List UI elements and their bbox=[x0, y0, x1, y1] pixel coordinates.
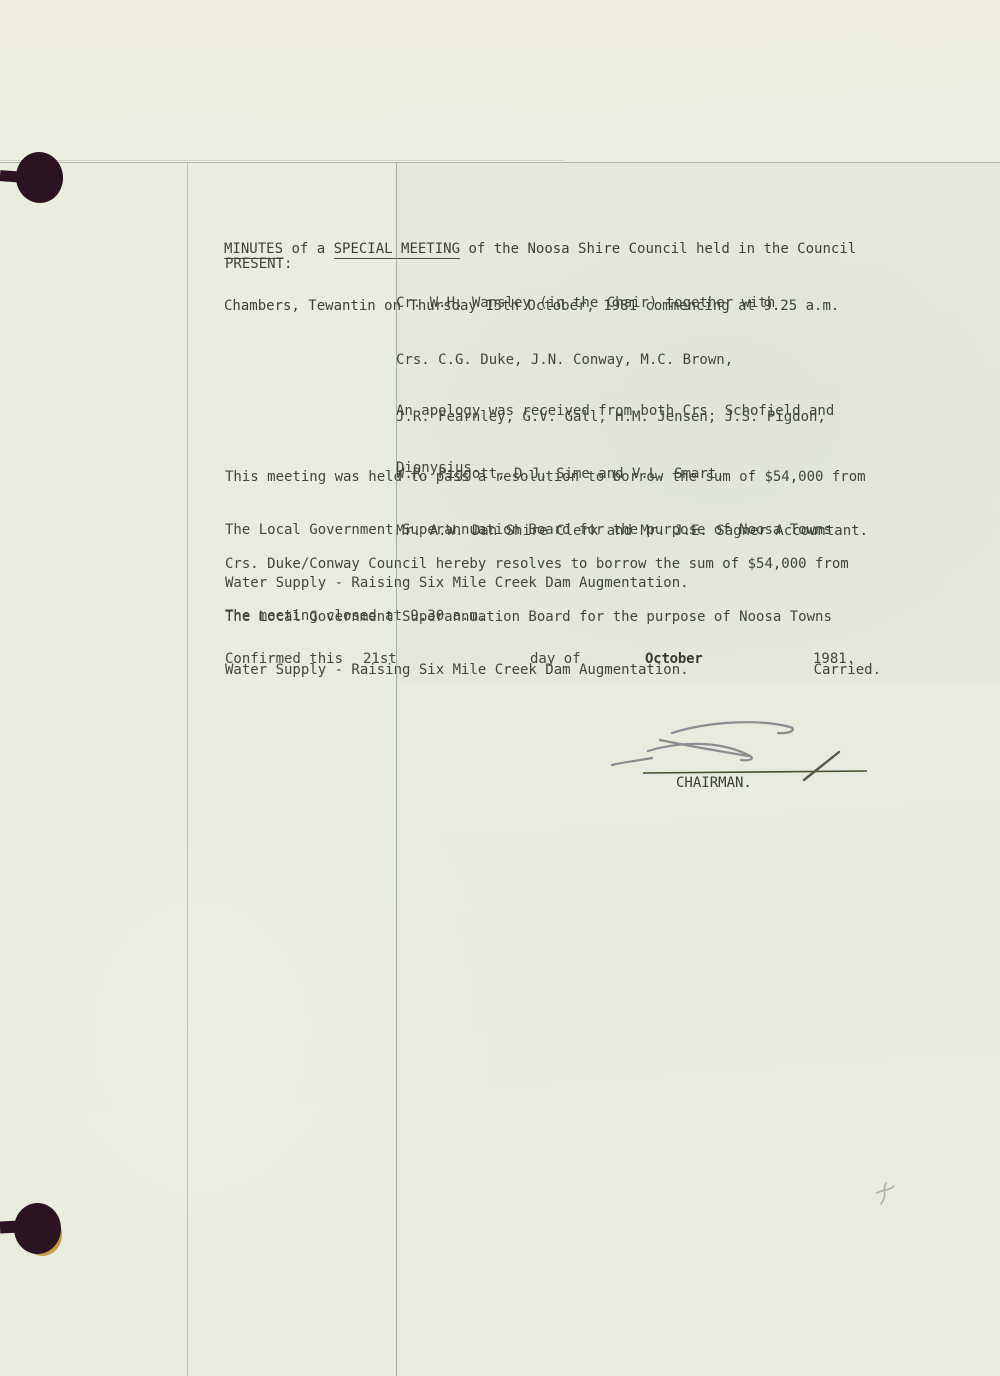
binder-hole-top-stem bbox=[0, 170, 25, 183]
meeting-closed-line: The meeting closed at 9.30 a.m. bbox=[225, 608, 486, 624]
attendee-line: Cr. W.H. Wansley (in the Chair) together… bbox=[396, 294, 868, 313]
chairman-label: CHAIRMAN. bbox=[676, 775, 752, 791]
document-page: MINUTES of a SPECIAL MEETING of the Noos… bbox=[0, 0, 1000, 1376]
confirmed-this-label: Confirmed this bbox=[225, 651, 343, 667]
day-of-label: day of bbox=[530, 651, 581, 667]
confirmation-year: 1981. bbox=[813, 651, 855, 667]
apology-line: An apology was received from both Crs. S… bbox=[396, 402, 834, 421]
top-rule-shadow bbox=[0, 160, 565, 161]
binder-hole-bottom-stem bbox=[0, 1220, 21, 1233]
left-crease-line bbox=[187, 163, 188, 1376]
resolution-line: Crs. Duke/Conway Council hereby resolves… bbox=[225, 556, 881, 574]
page-top-margin-strip bbox=[0, 0, 1000, 162]
heading-mid-text: of a bbox=[283, 241, 334, 257]
pencil-mark bbox=[870, 1178, 900, 1210]
confirmation-month: October bbox=[645, 651, 703, 667]
paragraph-line: This meeting was held to pass a resoluti… bbox=[225, 469, 866, 487]
binder-hole-bottom bbox=[14, 1203, 61, 1254]
heading-rest-text: of the Noosa Shire Council held in the C… bbox=[460, 241, 856, 257]
confirmation-day: 21st bbox=[363, 651, 397, 667]
present-label: PRESENT: bbox=[225, 256, 292, 272]
top-rule-line bbox=[0, 162, 1000, 163]
confirmation-row: Confirmed this 21st day of October 1981. bbox=[0, 651, 1000, 671]
